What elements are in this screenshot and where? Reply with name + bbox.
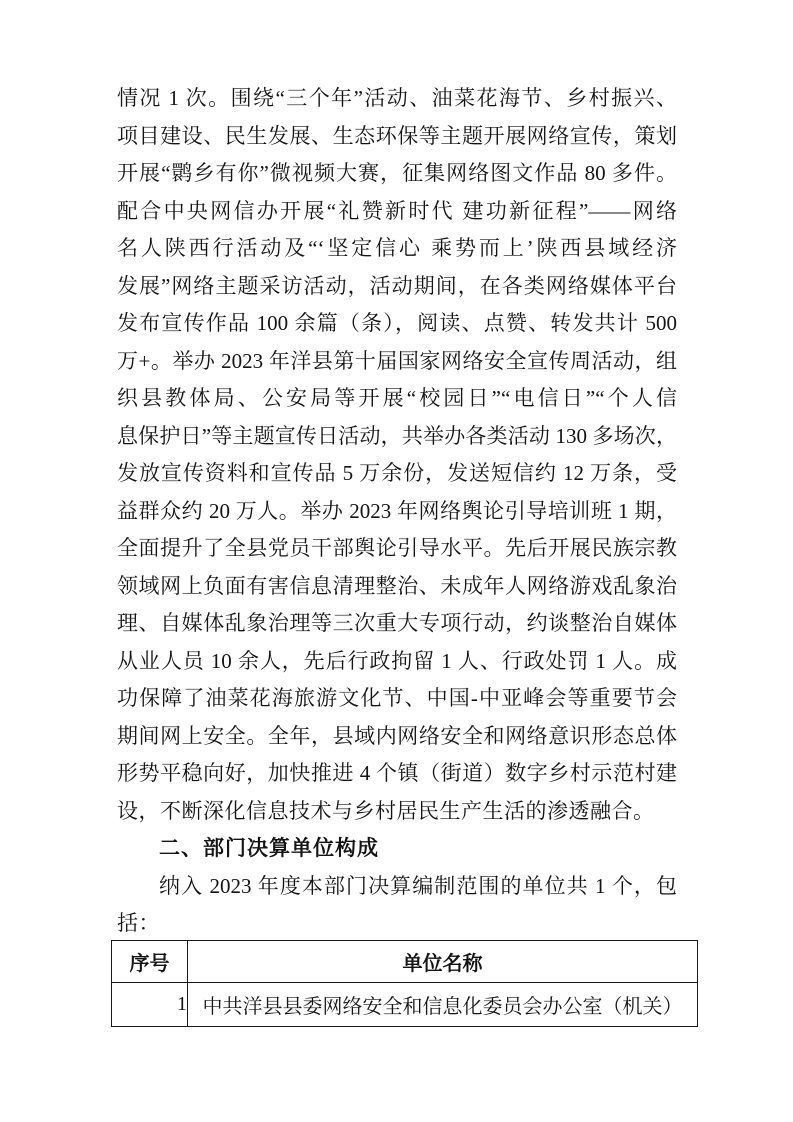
unit-name-cell: 中共洋县县委网络安全和信息化委员会办公室（机关） [188,982,698,1026]
body-text-line: 开展“鹮乡有你”微视频大赛，征集网络图文作品 80 多件。 [117,155,677,193]
section-heading: 二、部门决算单位构成 [117,830,677,868]
body-text-line: 理、自媒体乱象治理等三次重大专项行动，约谈整治自媒体 [117,605,677,643]
body-text-line: 从业人员 10 余人，先后行政拘留 1 人、行政处罚 1 人。成 [117,643,677,681]
body-text-line: 形势平稳向好，加快推进 4 个镇（街道）数字乡村示范村建 [117,755,677,793]
body-text-line: 益群众约 20 万人。举办 2023 年网络舆论引导培训班 1 期， [117,493,677,531]
units-table-header-name: 单位名称 [188,940,698,982]
body-text-line: 领域网上负面有害信息清理整治、未成年人网络游戏乱象治 [117,568,677,606]
body-text-line: 配合中央网信办开展“礼赞新时代 建功新征程”——网络 [117,193,677,231]
units-table-header-row: 序号 单位名称 [112,940,698,982]
body-text-line: 名人陕西行活动及“‘坚定信心 乘势而上’陕西县域经济 [117,230,677,268]
unit-index-cell: 1 [112,982,188,1026]
body-text-line: 期间网上安全。全年，县域内网络安全和网络意识形态总体 [117,718,677,756]
units-table: 序号 单位名称 1 中共洋县县委网络安全和信息化委员会办公室（机关） [111,940,698,1027]
body-text-line: 织县教体局、公安局等开展“校园日”“电信日”“个人信 [117,380,677,418]
body-text-line: 括： [117,905,677,943]
body-text-line: 发展”网络主题采访活动，活动期间，在各类网络媒体平台 [117,268,677,306]
body-text-line: 设，不断深化信息技术与乡村居民生产生活的渗透融合。 [117,793,677,831]
body-text-line: 息保护日”等主题宣传日活动，共举办各类活动 130 多场次， [117,418,677,456]
body-text-line: 发布宣传作品 100 余篇（条），阅读、点赞、转发共计 500 [117,305,677,343]
body-text-line: 功保障了油菜花海旅游文化节、中国-中亚峰会等重要节会 [117,680,677,718]
body-text-line: 情况 1 次。围绕“三个年”活动、油菜花海节、乡村振兴、 [117,80,677,118]
document-page: 情况 1 次。围绕“三个年”活动、油菜花海节、乡村振兴、 项目建设、民生发展、生… [0,0,793,1122]
units-table-header-index: 序号 [112,940,188,982]
body-text-line: 全面提升了全县党员干部舆论引导水平。先后开展民族宗教 [117,530,677,568]
body-text-line: 项目建设、民生发展、生态环保等主题开展网络宣传，策划 [117,118,677,156]
document-body: 情况 1 次。围绕“三个年”活动、油菜花海节、乡村振兴、 项目建设、民生发展、生… [117,80,677,1027]
body-text-line: 万+。举办 2023 年洋县第十届国家网络安全宣传周活动，组 [117,343,677,381]
body-text-line: 发放宣传资料和宣传品 5 万余份，发送短信约 12 万条，受 [117,455,677,493]
body-text-line: 纳入 2023 年度本部门决算编制范围的单位共 1 个，包 [117,868,677,906]
table-row: 1 中共洋县县委网络安全和信息化委员会办公室（机关） [112,982,698,1026]
